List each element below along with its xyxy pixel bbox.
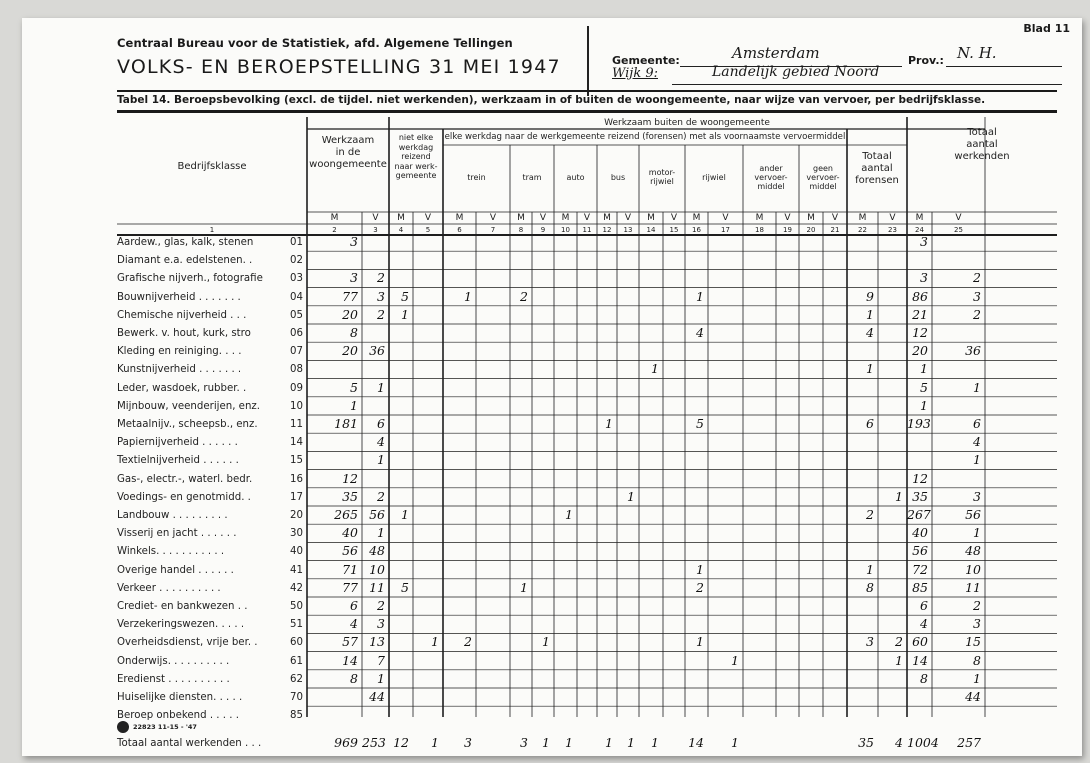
row-code: 02 bbox=[290, 255, 303, 266]
cell-row-01-col-24: 3 bbox=[907, 234, 928, 249]
row-label-42: Verkeer . . . . . . . . . .42 bbox=[117, 583, 303, 594]
sex-header-col-3: V bbox=[362, 213, 389, 223]
sex-header-col-4: M bbox=[389, 213, 413, 223]
total-cell-col-13: 1 bbox=[617, 735, 635, 750]
row-code: 50 bbox=[290, 601, 303, 612]
total-cell-col-2: 969 bbox=[307, 735, 358, 750]
column-number-12: 12 bbox=[597, 226, 617, 234]
total-cell-col-9: 1 bbox=[532, 735, 550, 750]
row-code: 40 bbox=[290, 546, 303, 557]
cell-row-08-col-24: 1 bbox=[907, 361, 928, 376]
cell-row-16-col-24: 12 bbox=[907, 471, 928, 486]
row-code: 01 bbox=[290, 237, 303, 248]
cell-row-30-col-24: 40 bbox=[907, 525, 928, 540]
header-werkzaam-in: Werkzaam in de woongemeente bbox=[307, 135, 389, 171]
cell-row-03-col-25: 2 bbox=[932, 270, 981, 285]
column-number-13: 13 bbox=[617, 226, 639, 234]
cell-row-05-col-22: 1 bbox=[847, 307, 874, 322]
cell-row-50-col-24: 6 bbox=[907, 598, 928, 613]
row-code: 14 bbox=[290, 437, 303, 448]
cell-row-03-col-2: 3 bbox=[307, 270, 358, 285]
cell-row-20-col-2: 265 bbox=[307, 507, 358, 522]
total-cell-col-4: 12 bbox=[389, 735, 409, 750]
cell-row-50-col-3: 2 bbox=[362, 598, 385, 613]
sex-header-col-6: M bbox=[443, 213, 476, 223]
row-code: 10 bbox=[290, 401, 303, 412]
location-fields: Gemeente: Amsterdam Prov.: N. H. Wijk 9:… bbox=[612, 48, 1062, 86]
cell-row-62-col-3: 1 bbox=[362, 671, 385, 686]
sex-header-col-21: V bbox=[823, 213, 847, 223]
column-number-17: 17 bbox=[708, 226, 743, 234]
cell-row-07-col-2: 20 bbox=[307, 343, 358, 358]
cell-row-04-col-25: 3 bbox=[932, 289, 981, 304]
cell-row-20-col-10: 1 bbox=[554, 507, 573, 522]
cell-row-61-col-17: 1 bbox=[708, 653, 739, 668]
cell-row-17-col-13: 1 bbox=[617, 489, 635, 504]
column-number-23: 23 bbox=[878, 226, 907, 234]
row-label-30: Visserij en jacht . . . . . .30 bbox=[117, 528, 303, 539]
total-cell-col-8: 3 bbox=[510, 735, 528, 750]
cell-row-60-col-16: 1 bbox=[685, 634, 704, 649]
cell-row-20-col-24: 267 bbox=[907, 507, 928, 522]
total-cell-col-6: 3 bbox=[443, 735, 472, 750]
cell-row-11-col-16: 5 bbox=[685, 416, 704, 431]
row-code: 20 bbox=[290, 510, 303, 521]
cell-row-40-col-3: 48 bbox=[362, 543, 385, 558]
cell-row-17-col-23: 1 bbox=[878, 489, 903, 504]
row-code: 61 bbox=[290, 656, 303, 667]
total-cell-col-22: 35 bbox=[847, 735, 874, 750]
cell-row-61-col-24: 14 bbox=[907, 653, 928, 668]
print-footer: 22823 11-15 - '47 bbox=[117, 721, 197, 733]
row-code: 17 bbox=[290, 492, 303, 503]
column-number-10: 10 bbox=[554, 226, 577, 234]
cell-row-50-col-25: 2 bbox=[932, 598, 981, 613]
cell-row-17-col-25: 3 bbox=[932, 489, 981, 504]
row-code: 07 bbox=[290, 346, 303, 357]
header-totaal-werkenden: Totaal aantal werkenden bbox=[907, 127, 1057, 163]
cell-row-05-col-25: 2 bbox=[932, 307, 981, 322]
sex-header-col-20: M bbox=[799, 213, 823, 223]
cell-row-60-col-6: 2 bbox=[443, 634, 472, 649]
cell-row-70-col-3: 44 bbox=[362, 689, 385, 704]
row-label-41: Overige handel . . . . . .41 bbox=[117, 565, 303, 576]
sex-header-col-11: V bbox=[577, 213, 597, 223]
sex-header-col-14: M bbox=[639, 213, 663, 223]
cell-row-40-col-24: 56 bbox=[907, 543, 928, 558]
row-label-17: Voedings- en genotmidd. .17 bbox=[117, 492, 303, 503]
row-label-70: Huiselijke diensten. . . . .70 bbox=[117, 692, 303, 703]
row-label-05: Chemische nijverheid . . .05 bbox=[117, 310, 303, 321]
total-cell-col-24: 1004 bbox=[907, 735, 928, 750]
total-cell-col-14: 1 bbox=[639, 735, 659, 750]
column-number-16: 16 bbox=[685, 226, 708, 234]
cell-row-42-col-16: 2 bbox=[685, 580, 704, 595]
sex-header-col-15: V bbox=[663, 213, 685, 223]
row-code: 70 bbox=[290, 692, 303, 703]
column-number-2: 2 bbox=[307, 226, 362, 234]
row-label-08: Kunstnijverheid . . . . . . .08 bbox=[117, 364, 303, 375]
cell-row-41-col-24: 72 bbox=[907, 562, 928, 577]
cell-row-41-col-2: 71 bbox=[307, 562, 358, 577]
row-label-04: Bouwnijverheid . . . . . . .04 bbox=[117, 292, 303, 303]
row-label-06: Bewerk. v. hout, kurk, stro06 bbox=[117, 328, 303, 339]
row-code: 62 bbox=[290, 674, 303, 685]
row-label-20: Landbouw . . . . . . . . .20 bbox=[117, 510, 303, 521]
cell-row-04-col-6: 1 bbox=[443, 289, 472, 304]
form-header: Centraal Bureau voor de Statistiek, afd.… bbox=[117, 36, 561, 78]
cell-row-06-col-22: 4 bbox=[847, 325, 874, 340]
cell-row-61-col-25: 8 bbox=[932, 653, 981, 668]
cell-row-10-col-24: 1 bbox=[907, 398, 928, 413]
row-label-40: Winkels. . . . . . . . . . .40 bbox=[117, 546, 303, 557]
cell-row-01-col-2: 3 bbox=[307, 234, 358, 249]
cell-row-70-col-25: 44 bbox=[932, 689, 981, 704]
cell-row-03-col-24: 3 bbox=[907, 270, 928, 285]
print-code: 22823 11-15 - '47 bbox=[133, 723, 197, 731]
total-row-label: Totaal aantal werkenden . . . bbox=[117, 738, 303, 749]
cell-row-60-col-3: 13 bbox=[362, 634, 385, 649]
sex-header-col-12: M bbox=[597, 213, 617, 223]
total-cell-col-23: 4 bbox=[878, 735, 903, 750]
cell-row-14-col-25: 4 bbox=[932, 434, 981, 449]
cell-row-62-col-24: 8 bbox=[907, 671, 928, 686]
cell-row-20-col-4: 1 bbox=[389, 507, 409, 522]
cell-row-15-col-3: 1 bbox=[362, 452, 385, 467]
column-number-5: 5 bbox=[413, 226, 443, 234]
column-number-14: 14 bbox=[639, 226, 663, 234]
table-title: Tabel 14. Beroepsbevolking (excl. de tij… bbox=[117, 94, 985, 106]
sex-header-col-17: V bbox=[708, 213, 743, 223]
sex-header-col-22: M bbox=[847, 213, 878, 223]
cell-row-20-col-25: 56 bbox=[932, 507, 981, 522]
cell-row-07-col-24: 20 bbox=[907, 343, 928, 358]
cell-row-06-col-2: 8 bbox=[307, 325, 358, 340]
row-label-14: Papiernijverheid . . . . . .14 bbox=[117, 437, 303, 448]
sex-header-col-5: V bbox=[413, 213, 443, 223]
cell-row-11-col-12: 1 bbox=[597, 416, 613, 431]
table-title-rule bbox=[117, 110, 1057, 113]
cell-row-04-col-24: 86 bbox=[907, 289, 928, 304]
row-code: 11 bbox=[290, 419, 303, 430]
row-code: 15 bbox=[290, 455, 303, 466]
cell-row-41-col-16: 1 bbox=[685, 562, 704, 577]
sex-header-col-19: V bbox=[776, 213, 799, 223]
row-code: 06 bbox=[290, 328, 303, 339]
cell-row-60-col-2: 57 bbox=[307, 634, 358, 649]
cell-row-07-col-25: 36 bbox=[932, 343, 981, 358]
row-label-61: Onderwijs. . . . . . . . . .61 bbox=[117, 656, 303, 667]
cell-row-42-col-3: 11 bbox=[362, 580, 385, 595]
cell-row-17-col-2: 35 bbox=[307, 489, 358, 504]
row-label-85: Beroep onbekend . . . . .85 bbox=[117, 710, 303, 721]
cell-row-41-col-3: 10 bbox=[362, 562, 385, 577]
row-code: 05 bbox=[290, 310, 303, 321]
header-totaal-forensen: Totaal aantal forensen bbox=[847, 151, 907, 187]
cell-row-41-col-25: 10 bbox=[932, 562, 981, 577]
column-number-22: 22 bbox=[847, 226, 878, 234]
cell-row-42-col-4: 5 bbox=[389, 580, 409, 595]
cell-row-04-col-16: 1 bbox=[685, 289, 704, 304]
cell-row-51-col-25: 3 bbox=[932, 616, 981, 631]
row-code: 51 bbox=[290, 619, 303, 630]
cell-row-05-col-4: 1 bbox=[389, 307, 409, 322]
cell-row-40-col-25: 48 bbox=[932, 543, 981, 558]
header-elke-werkdag: elke werkdag naar de werkgemeente reizen… bbox=[443, 132, 847, 142]
cell-row-50-col-2: 6 bbox=[307, 598, 358, 613]
cell-row-09-col-2: 5 bbox=[307, 380, 358, 395]
header-mode-bus: bus bbox=[597, 173, 639, 182]
header-bedrijfsklasse: Bedrijfsklasse bbox=[117, 161, 307, 173]
cell-row-09-col-24: 5 bbox=[907, 380, 928, 395]
census-form-sheet: Centraal Bureau voor de Statistiek, afd.… bbox=[22, 18, 1082, 756]
cell-row-04-col-8: 2 bbox=[510, 289, 528, 304]
cell-row-42-col-25: 11 bbox=[932, 580, 981, 595]
cell-row-42-col-2: 77 bbox=[307, 580, 358, 595]
sex-header-col-8: M bbox=[510, 213, 532, 223]
row-code: 42 bbox=[290, 583, 303, 594]
sex-header-col-23: V bbox=[878, 213, 907, 223]
cell-row-06-col-24: 12 bbox=[907, 325, 928, 340]
cell-row-04-col-4: 5 bbox=[389, 289, 409, 304]
cell-row-10-col-2: 1 bbox=[307, 398, 358, 413]
total-cell-col-12: 1 bbox=[597, 735, 613, 750]
cell-row-05-col-3: 2 bbox=[362, 307, 385, 322]
column-number-19: 19 bbox=[776, 226, 799, 234]
cell-row-60-col-22: 3 bbox=[847, 634, 874, 649]
row-code: 60 bbox=[290, 637, 303, 648]
header-niet-elke-werkdag: niet elke werkdag reizend naar werk- gem… bbox=[389, 133, 443, 181]
row-label-03: Grafische nijverh., fotografie03 bbox=[117, 273, 303, 284]
sex-header-col-9: V bbox=[532, 213, 554, 223]
cell-row-03-col-3: 2 bbox=[362, 270, 385, 285]
row-label-50: Crediet- en bankwezen . .50 bbox=[117, 601, 303, 612]
cell-row-15-col-25: 1 bbox=[932, 452, 981, 467]
cell-row-09-col-3: 1 bbox=[362, 380, 385, 395]
row-label-11: Metaalnijv., scheepsb., enz.11 bbox=[117, 419, 303, 430]
header-werkzaam-buiten: Werkzaam buiten de woongemeente bbox=[389, 118, 985, 128]
row-label-07: Kleding en reiniging. . . .07 bbox=[117, 346, 303, 357]
wijk-label: Wijk 9: bbox=[612, 66, 658, 81]
cell-row-51-col-24: 4 bbox=[907, 616, 928, 631]
cell-row-30-col-3: 1 bbox=[362, 525, 385, 540]
cell-row-61-col-2: 14 bbox=[307, 653, 358, 668]
prov-label: Prov.: bbox=[908, 54, 944, 67]
total-cell-col-25: 257 bbox=[932, 735, 981, 750]
cell-row-62-col-2: 8 bbox=[307, 671, 358, 686]
header-divider bbox=[587, 26, 589, 96]
cell-row-08-col-14: 1 bbox=[639, 361, 659, 376]
cell-row-60-col-25: 15 bbox=[932, 634, 981, 649]
sex-header-col-10: M bbox=[554, 213, 577, 223]
header-mode-motorrijwiel: motor- rijwiel bbox=[639, 168, 685, 186]
column-number-1: 1 bbox=[117, 226, 307, 234]
cell-row-41-col-22: 1 bbox=[847, 562, 874, 577]
row-label-60: Overheidsdienst, vrije ber. .60 bbox=[117, 637, 303, 648]
cell-row-04-col-2: 77 bbox=[307, 289, 358, 304]
cell-row-20-col-22: 2 bbox=[847, 507, 874, 522]
cell-row-07-col-3: 36 bbox=[362, 343, 385, 358]
wijk-value: Landelijk gebied Noord bbox=[712, 64, 879, 80]
cell-row-11-col-25: 6 bbox=[932, 416, 981, 431]
cell-row-60-col-24: 60 bbox=[907, 634, 928, 649]
cell-row-04-col-3: 3 bbox=[362, 289, 385, 304]
total-cell-col-10: 1 bbox=[554, 735, 573, 750]
row-label-10: Mijnbouw, veenderijen, enz.10 bbox=[117, 401, 303, 412]
cell-row-11-col-22: 6 bbox=[847, 416, 874, 431]
form-title: VOLKS- EN BEROEPSTELLING 31 MEI 1947 bbox=[117, 56, 561, 78]
cell-row-62-col-25: 1 bbox=[932, 671, 981, 686]
row-label-01: Aardew., glas, kalk, stenen01 bbox=[117, 237, 303, 248]
cell-row-40-col-2: 56 bbox=[307, 543, 358, 558]
printer-seal-icon bbox=[117, 721, 129, 733]
sex-header-col-24: M bbox=[907, 213, 932, 223]
row-label-02: Diamant e.a. edelstenen. .02 bbox=[117, 255, 303, 266]
row-code: 30 bbox=[290, 528, 303, 539]
cell-row-30-col-25: 1 bbox=[932, 525, 981, 540]
cell-row-11-col-3: 6 bbox=[362, 416, 385, 431]
row-code: 41 bbox=[290, 565, 303, 576]
row-label-15: Textielnijverheid . . . . . .15 bbox=[117, 455, 303, 466]
cell-row-17-col-24: 35 bbox=[907, 489, 928, 504]
cell-row-05-col-24: 21 bbox=[907, 307, 928, 322]
row-code: 16 bbox=[290, 474, 303, 485]
sex-header-col-25: V bbox=[932, 213, 985, 223]
row-label-09: Leder, wasdoek, rubber. .09 bbox=[117, 383, 303, 394]
sex-header-col-7: V bbox=[476, 213, 510, 223]
cell-row-04-col-22: 9 bbox=[847, 289, 874, 304]
cell-row-61-col-3: 7 bbox=[362, 653, 385, 668]
cell-row-14-col-3: 4 bbox=[362, 434, 385, 449]
column-number-25: 25 bbox=[932, 226, 985, 234]
column-number-3: 3 bbox=[362, 226, 389, 234]
column-number-6: 6 bbox=[443, 226, 476, 234]
row-code: 04 bbox=[290, 292, 303, 303]
header-rule bbox=[117, 90, 1057, 92]
total-cell-col-5: 1 bbox=[413, 735, 439, 750]
column-number-20: 20 bbox=[799, 226, 823, 234]
total-cell-col-3: 253 bbox=[362, 735, 385, 750]
cell-row-17-col-3: 2 bbox=[362, 489, 385, 504]
sex-header-col-16: M bbox=[685, 213, 708, 223]
cell-row-20-col-3: 56 bbox=[362, 507, 385, 522]
cell-row-08-col-22: 1 bbox=[847, 361, 874, 376]
organization-name: Centraal Bureau voor de Statistiek, afd.… bbox=[117, 36, 561, 50]
cell-row-60-col-9: 1 bbox=[532, 634, 550, 649]
column-number-8: 8 bbox=[510, 226, 532, 234]
total-cell-col-17: 1 bbox=[708, 735, 739, 750]
data-table: BedrijfsklasseWerkzaam in de woongemeent… bbox=[117, 117, 1057, 711]
cell-row-60-col-23: 2 bbox=[878, 634, 903, 649]
cell-row-30-col-2: 40 bbox=[307, 525, 358, 540]
sex-header-col-18: M bbox=[743, 213, 776, 223]
column-number-24: 24 bbox=[907, 226, 932, 234]
header-mode-andervervoermiddel: ander vervoer- middel bbox=[743, 164, 799, 191]
column-number-21: 21 bbox=[823, 226, 847, 234]
cell-row-42-col-8: 1 bbox=[510, 580, 528, 595]
column-number-11: 11 bbox=[577, 226, 597, 234]
sex-header-col-2: M bbox=[307, 213, 362, 223]
cell-row-11-col-2: 181 bbox=[307, 416, 358, 431]
total-cell-col-16: 14 bbox=[685, 735, 704, 750]
header-mode-geenvervoermiddel: geen vervoer- middel bbox=[799, 164, 847, 191]
row-label-62: Eredienst . . . . . . . . . .62 bbox=[117, 674, 303, 685]
row-code: 09 bbox=[290, 383, 303, 394]
cell-row-51-col-3: 3 bbox=[362, 616, 385, 631]
header-mode-tram: tram bbox=[510, 173, 554, 182]
row-label-16: Gas-, electr.-, waterl. bedr.16 bbox=[117, 474, 303, 485]
column-number-9: 9 bbox=[532, 226, 554, 234]
column-number-15: 15 bbox=[663, 226, 685, 234]
column-number-4: 4 bbox=[389, 226, 413, 234]
gemeente-value: Amsterdam bbox=[732, 44, 820, 62]
row-code: 85 bbox=[290, 710, 303, 721]
cell-row-11-col-24: 193 bbox=[907, 416, 928, 431]
sex-header-col-13: V bbox=[617, 213, 639, 223]
cell-row-09-col-25: 1 bbox=[932, 380, 981, 395]
cell-row-06-col-16: 4 bbox=[685, 325, 704, 340]
sheet-number: Blad 11 bbox=[1023, 22, 1070, 35]
column-number-7: 7 bbox=[476, 226, 510, 234]
cell-row-42-col-22: 8 bbox=[847, 580, 874, 595]
column-number-18: 18 bbox=[743, 226, 776, 234]
row-code: 08 bbox=[290, 364, 303, 375]
row-code: 03 bbox=[290, 273, 303, 284]
header-mode-auto: auto bbox=[554, 173, 597, 182]
cell-row-16-col-2: 12 bbox=[307, 471, 358, 486]
cell-row-05-col-2: 20 bbox=[307, 307, 358, 322]
cell-row-60-col-5: 1 bbox=[413, 634, 439, 649]
cell-row-51-col-2: 4 bbox=[307, 616, 358, 631]
header-mode-rijwiel: rijwiel bbox=[685, 173, 743, 182]
header-mode-trein: trein bbox=[443, 173, 510, 182]
prov-value: N. H. bbox=[957, 44, 997, 62]
row-label-51: Verzekeringswezen. . . . .51 bbox=[117, 619, 303, 630]
cell-row-42-col-24: 85 bbox=[907, 580, 928, 595]
cell-row-61-col-23: 1 bbox=[878, 653, 903, 668]
